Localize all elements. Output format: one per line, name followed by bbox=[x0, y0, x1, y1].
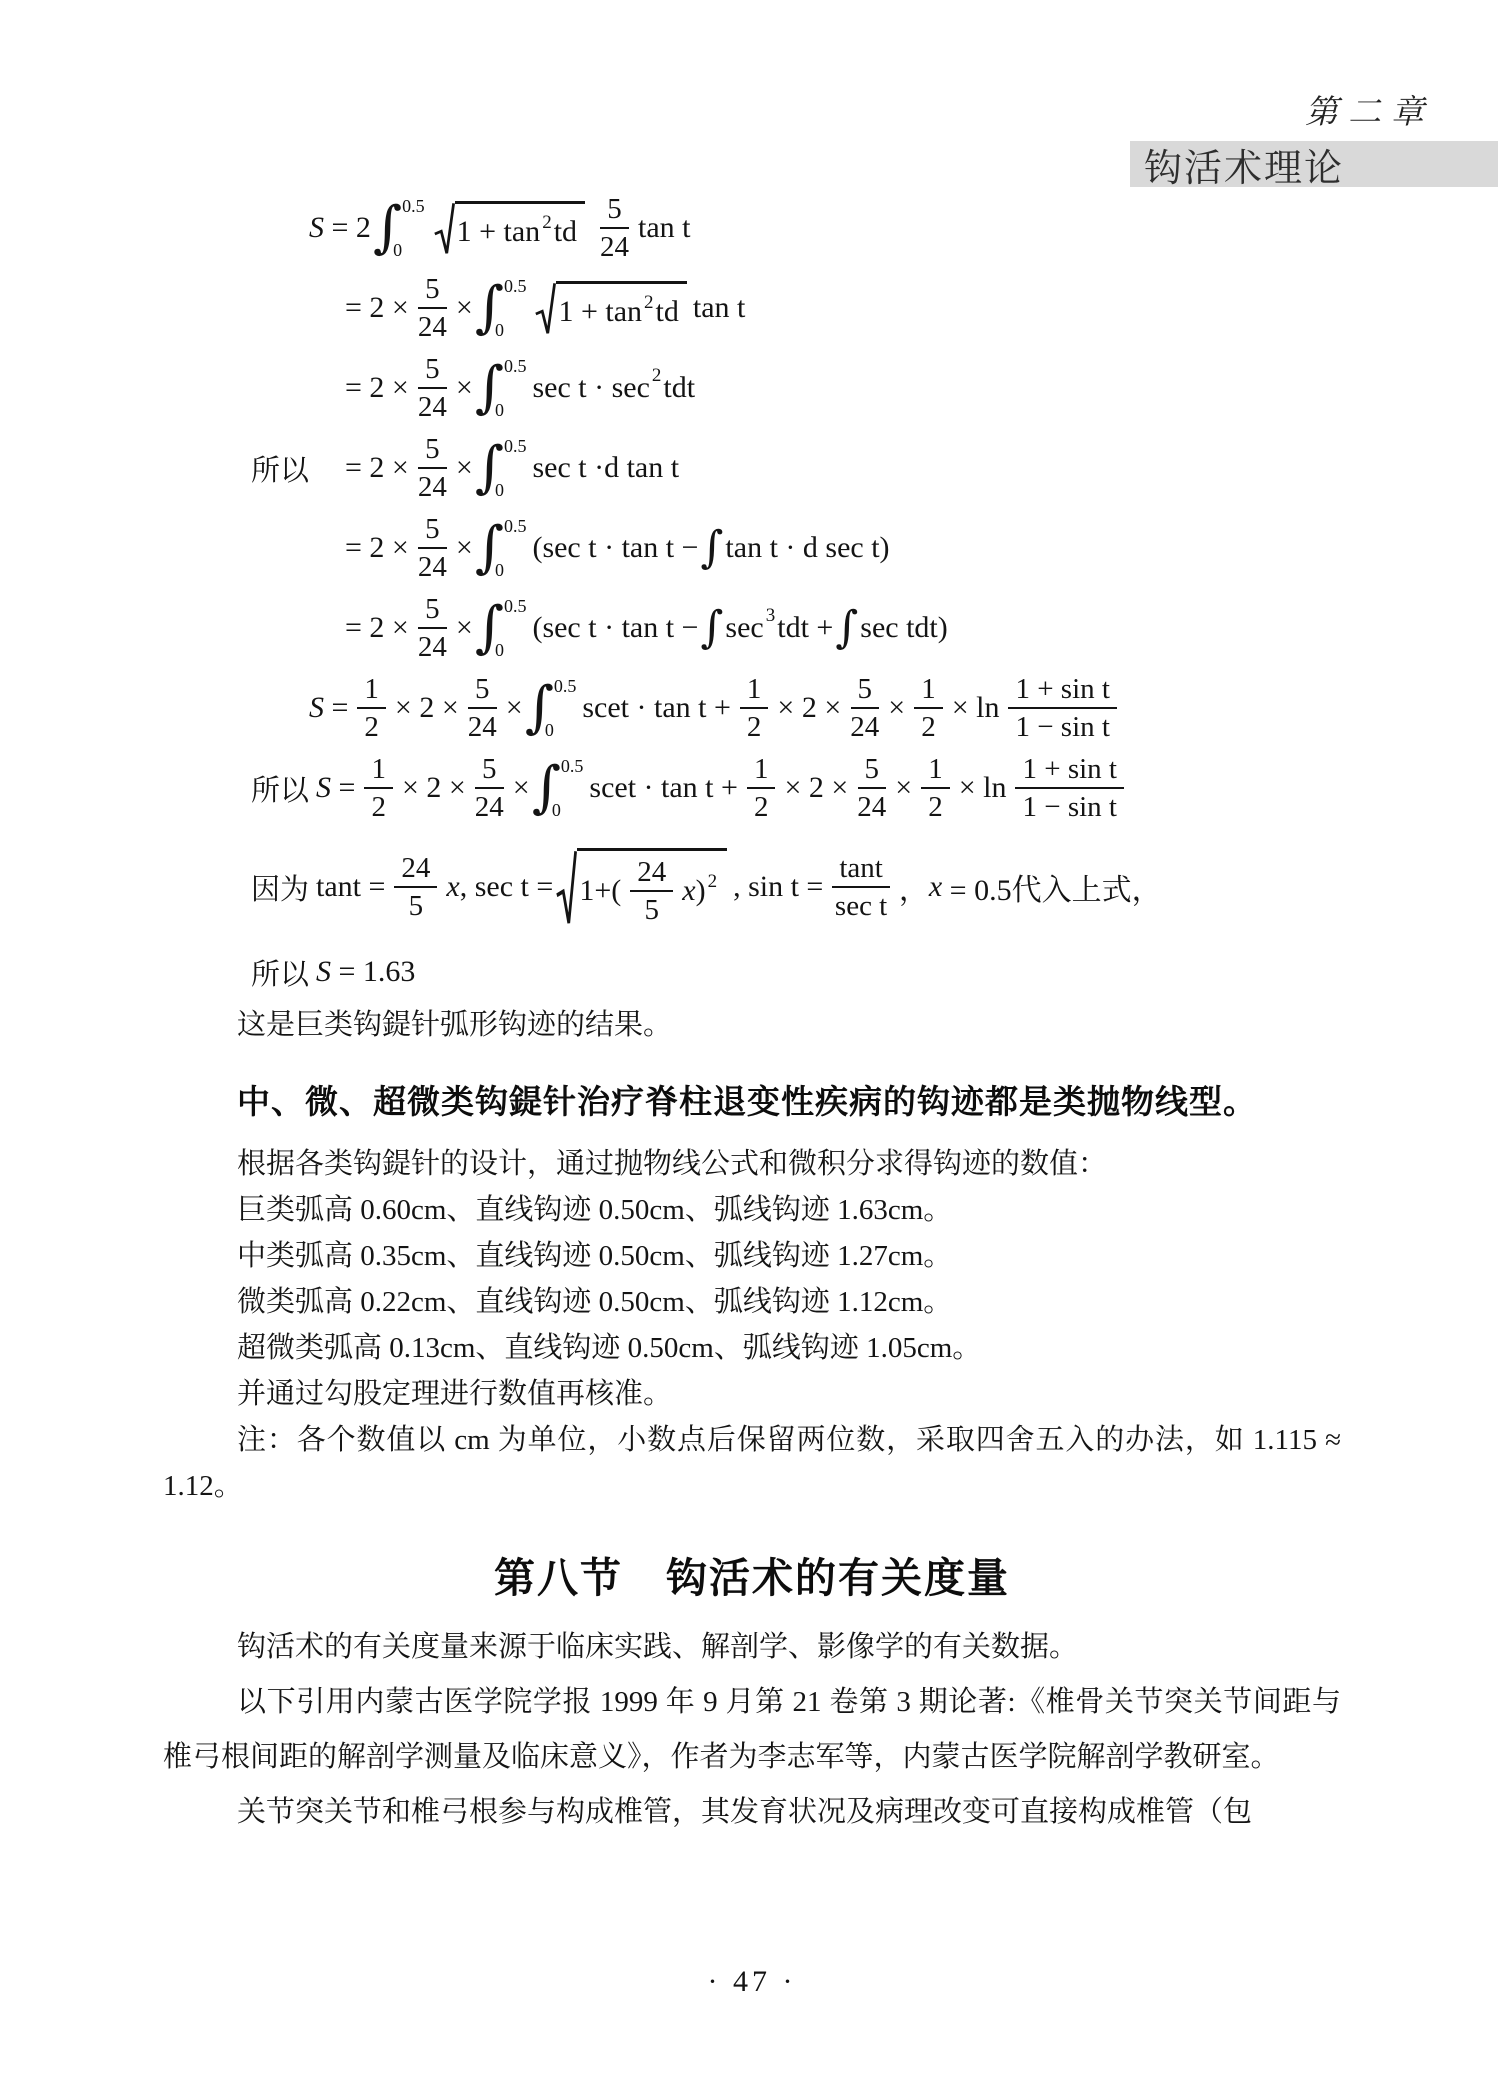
math-fraction: tantsec t bbox=[832, 852, 890, 923]
fraction-denominator: 24 bbox=[600, 229, 629, 263]
integral-upper-limit: 0.5 bbox=[402, 197, 425, 215]
integral-upper-limit: 0.5 bbox=[504, 517, 527, 535]
math-text: × bbox=[506, 691, 523, 725]
formula-row: 所以S = 1.63 bbox=[163, 946, 1341, 998]
formula-row: S = 2∫0.501 + tan2td524tan t bbox=[163, 188, 1341, 268]
math-text: scet · tan t + bbox=[582, 691, 731, 725]
math-variable: x bbox=[682, 874, 695, 908]
integral: ∫ bbox=[700, 527, 723, 569]
fraction-denominator: 2 bbox=[371, 789, 386, 823]
math-fraction: 524 bbox=[418, 513, 447, 584]
math-superscript: 3 bbox=[766, 605, 776, 627]
fraction-denominator: 2 bbox=[754, 789, 769, 823]
math-fraction: 12 bbox=[364, 753, 393, 824]
integral: ∫0.50 bbox=[475, 596, 527, 660]
math-text: 1 + tan bbox=[457, 215, 541, 249]
book-page: 第二章 钩活术理论 S = 2∫0.501 + tan2td524tan t= … bbox=[0, 0, 1504, 2094]
integral-limits: 0.50 bbox=[504, 356, 527, 420]
integral-limits: 0.50 bbox=[504, 436, 527, 500]
integral-limits: 0.50 bbox=[402, 196, 425, 260]
math-fraction: 524 bbox=[475, 753, 504, 824]
radical-content: 1 + tan2td bbox=[455, 201, 585, 256]
fraction-numerator: 5 bbox=[418, 513, 447, 549]
integral: ∫0.50 bbox=[475, 276, 527, 340]
math-fraction: 1 + sin t1 − sin t bbox=[1015, 753, 1124, 824]
fraction-denominator: 2 bbox=[928, 789, 943, 823]
fraction-numerator: 5 bbox=[418, 433, 447, 469]
fraction-denominator: 24 bbox=[475, 789, 504, 823]
math-text: tan t bbox=[638, 211, 691, 245]
fraction-denominator: 2 bbox=[921, 709, 936, 743]
math-text: × ln bbox=[959, 771, 1007, 805]
math-fraction: 524 bbox=[850, 673, 879, 744]
math-variable: x bbox=[446, 870, 459, 904]
math-fraction: 524 bbox=[600, 193, 629, 264]
fraction-numerator: 1 bbox=[747, 753, 776, 789]
math-variable: S bbox=[309, 691, 324, 725]
fraction-denominator: 5 bbox=[644, 892, 659, 926]
math-text: × bbox=[456, 531, 473, 565]
integral-lower-limit: 0 bbox=[495, 641, 518, 659]
math-fraction: 1 + sin t1 − sin t bbox=[1008, 673, 1117, 744]
fraction-denominator: 1 − sin t bbox=[1015, 709, 1110, 743]
list-item: 中类弧高 0.35cm、直线钩迹 0.50cm、弧线钩迹 1.27cm。 bbox=[163, 1233, 1341, 1279]
integral-limits: 0.50 bbox=[554, 676, 577, 740]
values-list: 根据各类钩鍉针的设计，通过抛物线公式和微积分求得钩迹的数值： 巨类弧高 0.60… bbox=[163, 1141, 1341, 1509]
section-heading: 第八节 钩活术的有关度量 bbox=[163, 1545, 1341, 1604]
math-text: sec bbox=[725, 611, 763, 645]
integral-lower-limit: 0 bbox=[495, 401, 518, 419]
math-fraction: 12 bbox=[747, 753, 776, 824]
radical: 1 + tan2td bbox=[534, 281, 686, 336]
fraction-numerator: 5 bbox=[418, 273, 447, 309]
fraction-denominator: 2 bbox=[747, 709, 762, 743]
integral-upper-limit: 0.5 bbox=[561, 757, 584, 775]
paragraph: 钩活术的有关度量来源于临床实践、解剖学、影像学的有关数据。 bbox=[163, 1620, 1341, 1675]
formula-row: = 2 ×524×∫0.50(sec t · tan t −∫sec3tdt +… bbox=[163, 588, 1341, 668]
math-text: sec t · sec bbox=[532, 371, 649, 405]
math-fraction: 524 bbox=[418, 273, 447, 344]
math-text: × bbox=[456, 291, 473, 325]
math-superscript: 2 bbox=[542, 212, 552, 234]
formula-row: 因为tant =245x, sec t =1+(245x)2, sin t =t… bbox=[163, 828, 1341, 946]
paragraph: 根据各类钩鍉针的设计，通过抛物线公式和微积分求得钩迹的数值： bbox=[163, 1141, 1341, 1187]
radical-glyph bbox=[555, 848, 577, 927]
integral-upper-limit: 0.5 bbox=[504, 357, 527, 375]
formula-row: = 2 ×524×∫0.50(sec t · tan t −∫tan t · d… bbox=[163, 508, 1341, 588]
math-fraction: 524 bbox=[857, 753, 886, 824]
integral-limits: 0.50 bbox=[561, 756, 584, 820]
math-text: tdt + bbox=[777, 611, 833, 645]
page-header: 第二章 钩活术理论 bbox=[0, 86, 1498, 187]
note-paragraph: 注：各个数值以 cm 为单位，小数点后保留两位数，采取四舍五入的办法，如 1.1… bbox=[163, 1417, 1341, 1509]
fraction-denominator: 24 bbox=[850, 709, 879, 743]
math-text: scet · tan t + bbox=[589, 771, 738, 805]
integral-upper-limit: 0.5 bbox=[504, 437, 527, 455]
math-superscript: 2 bbox=[652, 365, 662, 387]
fraction-numerator: 24 bbox=[630, 856, 673, 892]
chapter-title: 钩活术理论 bbox=[1144, 137, 1344, 192]
math-text: , sin t = bbox=[733, 870, 823, 904]
math-text: (sec t · tan t − bbox=[532, 531, 698, 565]
math-superscript: 2 bbox=[644, 292, 654, 314]
radical-glyph bbox=[534, 281, 556, 336]
section-body: 钩活术的有关度量来源于临床实践、解剖学、影像学的有关数据。 以下引用内蒙古医学院… bbox=[163, 1620, 1341, 1840]
math-text: td bbox=[554, 215, 577, 249]
paragraph: 以下引用内蒙古医学院学报 1999 年 9 月第 21 卷第 3 期论著:《椎骨… bbox=[163, 1675, 1341, 1785]
list-item: 微类弧高 0.22cm、直线钩迹 0.50cm、弧线钩迹 1.12cm。 bbox=[163, 1279, 1341, 1325]
integral-upper-limit: 0.5 bbox=[504, 597, 527, 615]
math-variable: S bbox=[309, 211, 324, 245]
radical: 1+(245x)2 bbox=[555, 848, 727, 927]
formula-row: 所以S =12× 2 ×524×∫0.50scet · tan t +12× 2… bbox=[163, 748, 1341, 828]
math-text: × ln bbox=[952, 691, 1000, 725]
fraction-numerator: tant bbox=[832, 852, 890, 888]
formula-label: 所以 bbox=[251, 448, 309, 489]
math-text: = 2 × bbox=[345, 531, 409, 565]
fraction-denominator: 24 bbox=[857, 789, 886, 823]
formula-row: S =12× 2 ×524×∫0.50scet · tan t +12× 2 ×… bbox=[163, 668, 1341, 748]
math-text: = 0.5代入上式， bbox=[942, 865, 1161, 909]
math-text: = 2 × bbox=[345, 371, 409, 405]
math-text: 1+( bbox=[579, 874, 621, 908]
math-text: (sec t · tan t − bbox=[532, 611, 698, 645]
math-text: tan t · d sec t) bbox=[725, 531, 889, 565]
fraction-denominator: sec t bbox=[835, 888, 887, 922]
math-variable: S bbox=[316, 955, 331, 989]
math-text: × bbox=[895, 771, 912, 805]
math-text: ) bbox=[696, 874, 706, 908]
fraction-denominator: 2 bbox=[364, 709, 379, 743]
fraction-denominator: 24 bbox=[418, 549, 447, 583]
paragraph: 关节突关节和椎弓根参与构成椎管，其发育状况及病理改变可直接构成椎管（包 bbox=[163, 1785, 1341, 1840]
math-text: tan t bbox=[693, 291, 746, 325]
list-item: 巨类弧高 0.60cm、直线钩迹 0.50cm、弧线钩迹 1.63cm。 bbox=[163, 1187, 1341, 1233]
formula-label: 因为 bbox=[251, 867, 309, 908]
math-variable: S bbox=[316, 771, 331, 805]
integral: ∫0.50 bbox=[475, 516, 527, 580]
integral: ∫0.50 bbox=[475, 356, 527, 420]
fraction-numerator: 1 bbox=[740, 673, 769, 709]
math-text: td bbox=[656, 295, 679, 329]
math-text: × 2 × bbox=[777, 691, 841, 725]
math-text: sec t ·d tan t bbox=[532, 451, 679, 485]
fraction-denominator: 24 bbox=[418, 389, 447, 423]
math-text: , sec t = bbox=[460, 870, 554, 904]
math-text: 1 + tan bbox=[558, 295, 642, 329]
math-fraction: 12 bbox=[740, 673, 769, 744]
fraction-denominator: 24 bbox=[418, 309, 447, 343]
integral-upper-limit: 0.5 bbox=[554, 677, 577, 695]
integral-lower-limit: 0 bbox=[495, 481, 518, 499]
integral-glyph: ∫ bbox=[835, 607, 858, 649]
math-text: = bbox=[324, 691, 348, 725]
math-fraction: 12 bbox=[914, 673, 943, 744]
result-note: 这是巨类钩鍉针弧形钩迹的结果。 bbox=[163, 1002, 1341, 1048]
fraction-numerator: 24 bbox=[394, 852, 437, 888]
fraction-numerator: 5 bbox=[418, 593, 447, 629]
math-text: tant = bbox=[316, 870, 385, 904]
math-fraction: 524 bbox=[468, 673, 497, 744]
math-text: × bbox=[456, 611, 473, 645]
integral: ∫0.50 bbox=[475, 436, 527, 500]
fraction-denominator: 24 bbox=[418, 469, 447, 503]
bold-heading: 中、微、超微类钩鍉针治疗脊柱退变性疾病的钩迹都是类抛物线型。 bbox=[163, 1076, 1341, 1123]
math-text: × bbox=[456, 451, 473, 485]
integral: ∫0.50 bbox=[532, 756, 584, 820]
math-text: × bbox=[888, 691, 905, 725]
fraction-numerator: 1 bbox=[364, 753, 393, 789]
formula-row: = 2 ×524×∫0.501 + tan2tdtan t bbox=[163, 268, 1341, 348]
fraction-denominator: 5 bbox=[409, 888, 424, 922]
integral-upper-limit: 0.5 bbox=[504, 277, 527, 295]
integral: ∫ bbox=[700, 607, 723, 649]
radical-content: 1+(245x)2 bbox=[577, 848, 727, 927]
math-text: × 2 × bbox=[784, 771, 848, 805]
fraction-numerator: 5 bbox=[468, 673, 497, 709]
radical: 1 + tan2td bbox=[433, 201, 585, 256]
math-text: × bbox=[513, 771, 530, 805]
integral: ∫ bbox=[835, 607, 858, 649]
math-text: × bbox=[456, 371, 473, 405]
paragraph: 并通过勾股定理进行数值再核准。 bbox=[163, 1371, 1341, 1417]
math-text: ， bbox=[899, 865, 929, 909]
integral-lower-limit: 0 bbox=[495, 561, 518, 579]
math-text: = 2 × bbox=[345, 291, 409, 325]
page-number: · 47 · bbox=[0, 1965, 1504, 1999]
math-superscript: 2 bbox=[708, 871, 718, 893]
formula-row: = 2 ×524×∫0.50sec t · sec2tdt bbox=[163, 348, 1341, 428]
chapter-title-bar: 钩活术理论 bbox=[1130, 141, 1498, 187]
integral-limits: 0.50 bbox=[504, 516, 527, 580]
chapter-label: 第二章 bbox=[1305, 86, 1434, 133]
formula-row: 所以= 2 ×524×∫0.50sec t ·d tan t bbox=[163, 428, 1341, 508]
formula-label: 所以 bbox=[251, 768, 309, 809]
math-text: = 1.63 bbox=[331, 955, 415, 989]
fraction-numerator: 5 bbox=[475, 753, 504, 789]
integral: ∫0.50 bbox=[373, 196, 425, 260]
fraction-numerator: 1 bbox=[357, 673, 386, 709]
math-fraction: 524 bbox=[418, 593, 447, 664]
integral-glyph: ∫ bbox=[700, 607, 723, 649]
integral-lower-limit: 0 bbox=[545, 721, 568, 739]
fraction-numerator: 1 + sin t bbox=[1015, 753, 1124, 789]
math-text: sec tdt) bbox=[860, 611, 947, 645]
math-text: = bbox=[331, 771, 355, 805]
math-text: = 2 × bbox=[345, 451, 409, 485]
math-fraction: 12 bbox=[921, 753, 950, 824]
integral-glyph: ∫ bbox=[700, 527, 723, 569]
math-fraction: 524 bbox=[418, 433, 447, 504]
math-fraction: 245 bbox=[630, 856, 673, 927]
math-text: = 2 × bbox=[345, 611, 409, 645]
fraction-numerator: 1 bbox=[914, 673, 943, 709]
list-item: 超微类弧高 0.13cm、直线钩迹 0.50cm、弧线钩迹 1.05cm。 bbox=[163, 1325, 1341, 1371]
math-fraction: 245 bbox=[394, 852, 437, 923]
integral-lower-limit: 0 bbox=[393, 241, 416, 259]
math-fraction: 12 bbox=[357, 673, 386, 744]
integral: ∫0.50 bbox=[525, 676, 577, 740]
math-variable: x bbox=[929, 870, 942, 904]
fraction-numerator: 1 bbox=[921, 753, 950, 789]
radical-content: 1 + tan2td bbox=[556, 281, 686, 336]
fraction-denominator: 24 bbox=[468, 709, 497, 743]
integral-limits: 0.50 bbox=[504, 596, 527, 660]
fraction-numerator: 5 bbox=[858, 753, 887, 789]
formula-label: 所以 bbox=[251, 952, 309, 993]
fraction-numerator: 5 bbox=[418, 353, 447, 389]
integral-limits: 0.50 bbox=[504, 276, 527, 340]
fraction-denominator: 24 bbox=[418, 629, 447, 663]
math-fraction: 524 bbox=[418, 353, 447, 424]
fraction-denominator: 1 − sin t bbox=[1022, 789, 1117, 823]
math-text: × 2 × bbox=[402, 771, 466, 805]
fraction-numerator: 5 bbox=[600, 193, 629, 229]
math-text: × 2 × bbox=[395, 691, 459, 725]
fraction-numerator: 5 bbox=[851, 673, 880, 709]
math-text: = 2 bbox=[324, 211, 371, 245]
fraction-numerator: 1 + sin t bbox=[1008, 673, 1117, 709]
radical-glyph bbox=[433, 201, 455, 256]
integral-lower-limit: 0 bbox=[495, 321, 518, 339]
math-text: tdt bbox=[663, 371, 695, 405]
integral-lower-limit: 0 bbox=[552, 801, 575, 819]
